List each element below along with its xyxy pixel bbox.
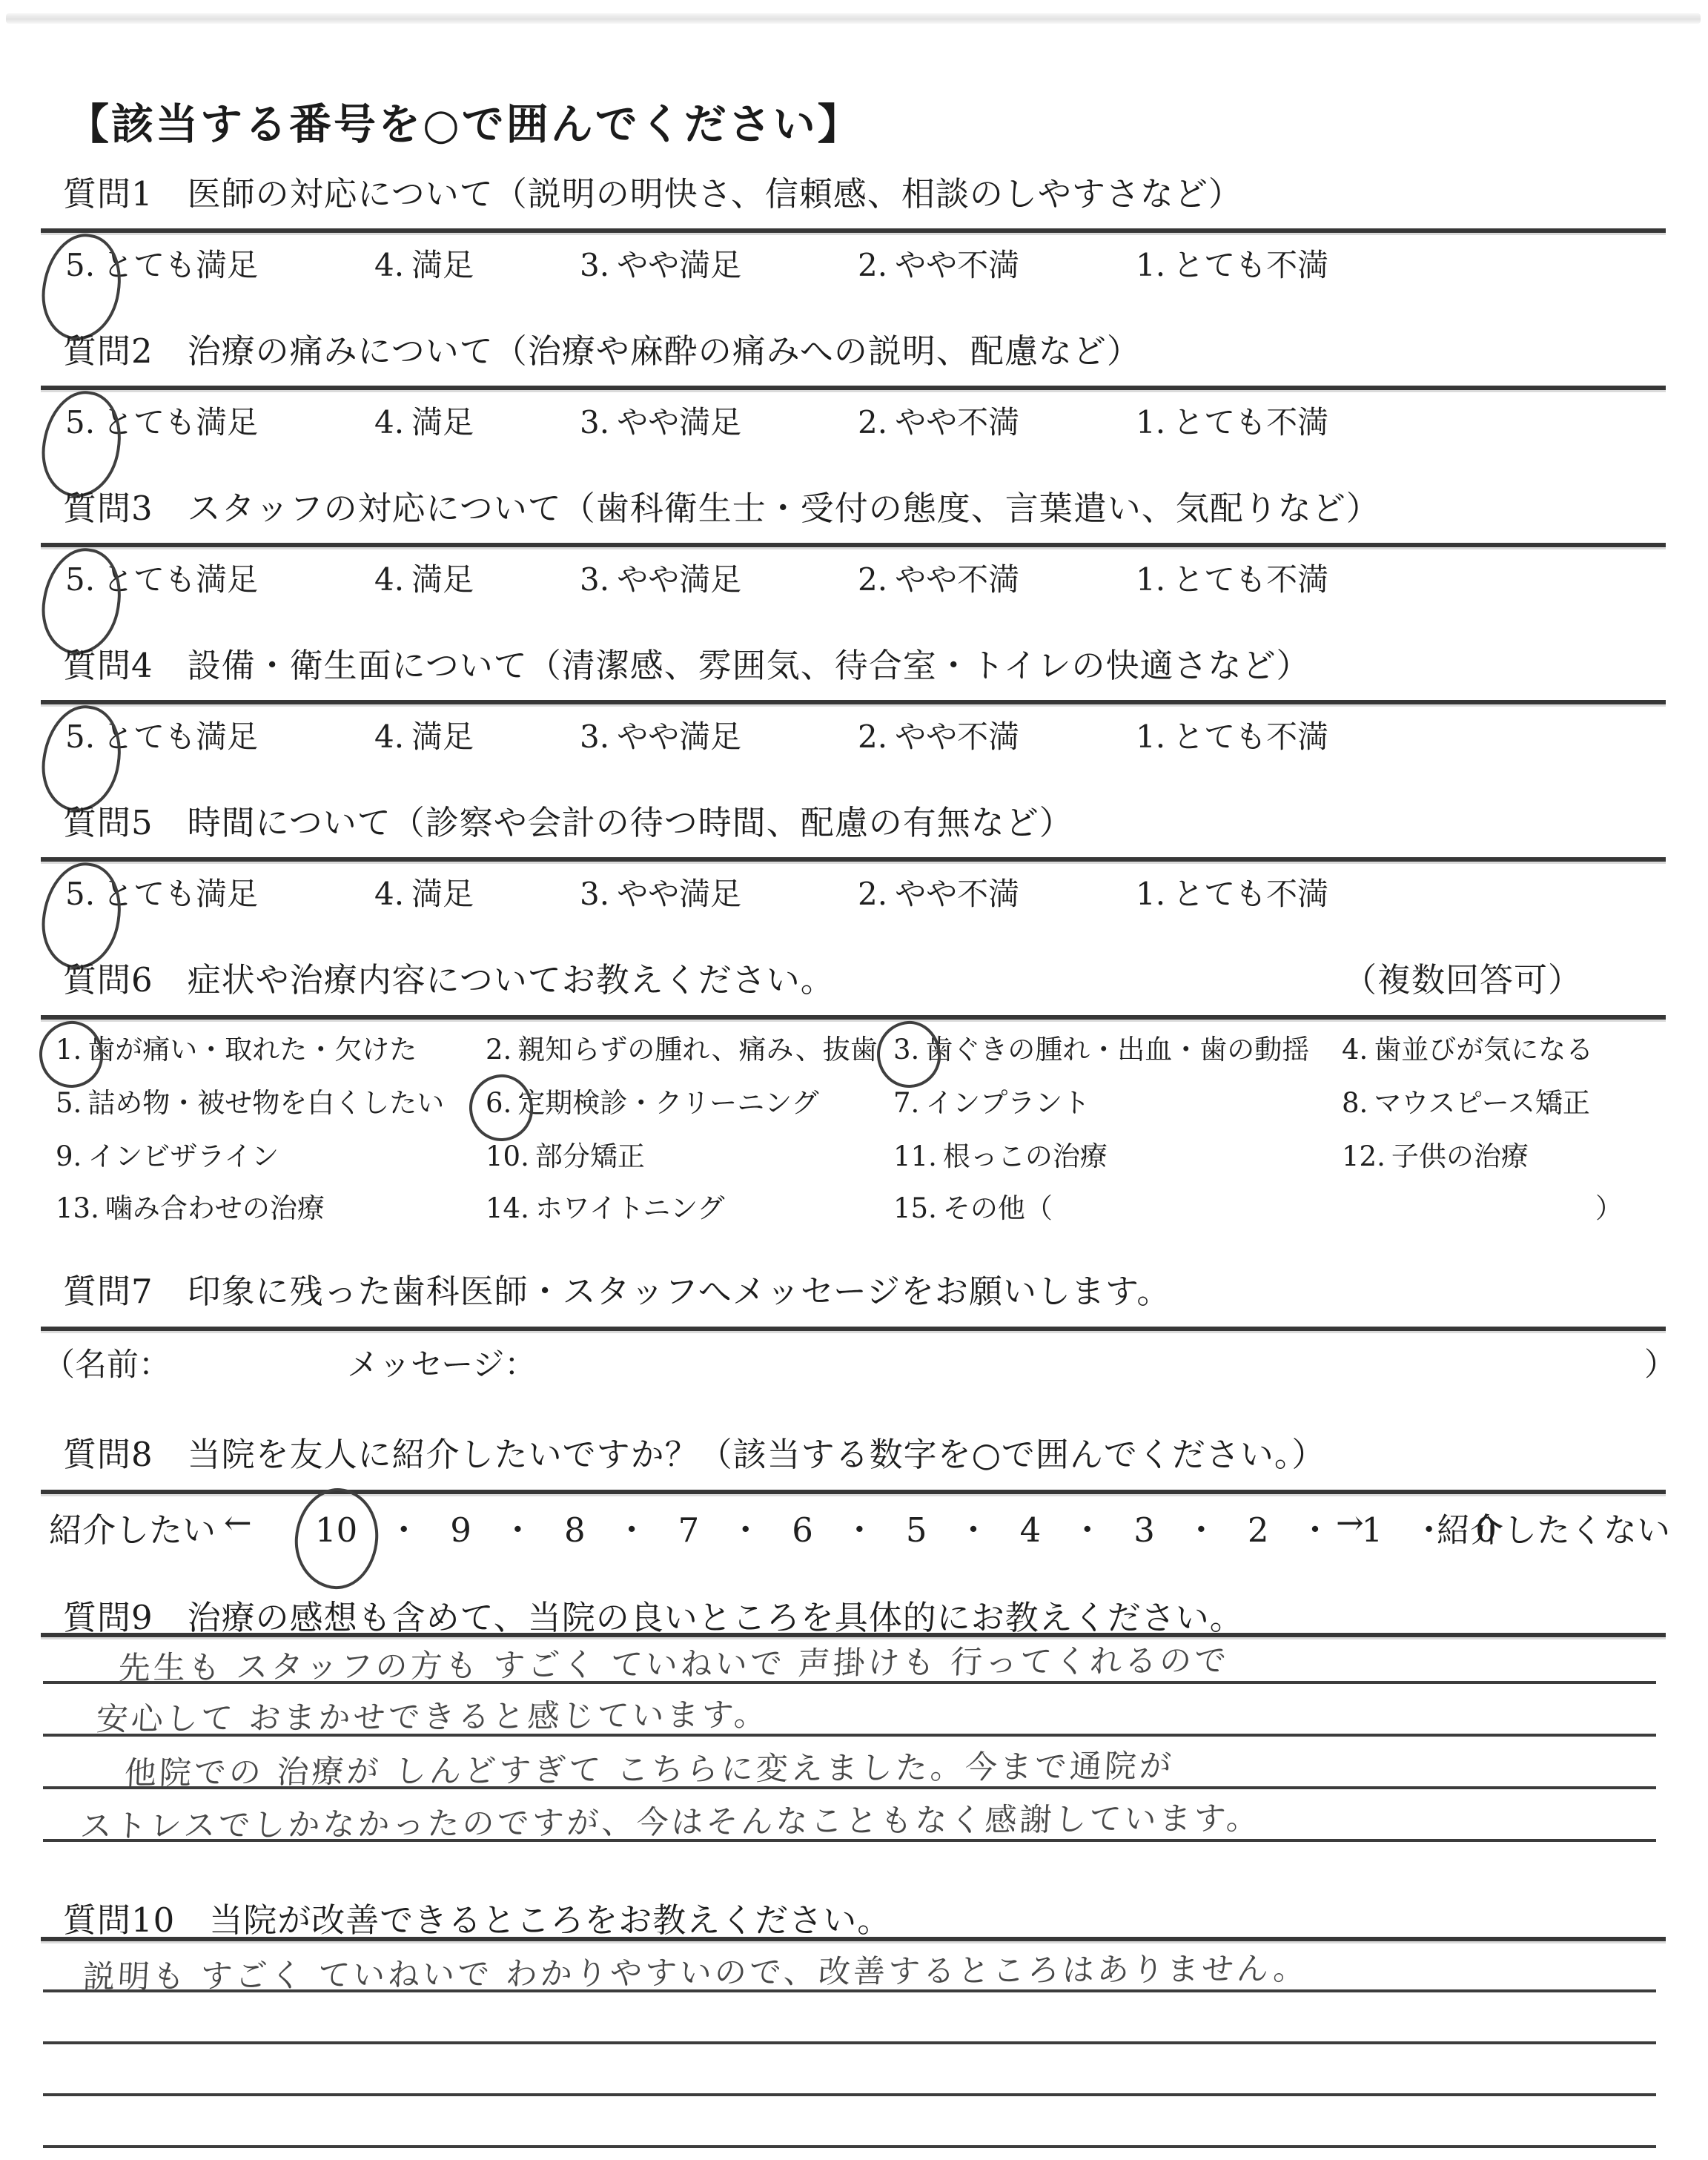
answer-writing-line xyxy=(43,2093,1656,2096)
nps-number: 5 xyxy=(906,1510,927,1550)
symptom-item: 1.歯が痛い・取れた・欠けた xyxy=(56,1027,417,1067)
nps-selected-number-circle: 10 xyxy=(315,1510,357,1550)
option-number: 2. xyxy=(858,404,887,440)
option-number: 4. xyxy=(374,247,404,283)
selected-item-number-circle: 1. xyxy=(56,1034,82,1066)
rating-option: 2.やや不満 xyxy=(858,713,1019,757)
rating-option: 1.とても不満 xyxy=(1136,241,1328,285)
rating-option: 1.とても不満 xyxy=(1136,398,1328,443)
question-title: 質問1 医師の対応について（説明の明快さ、信頼感、相談のしやすさなど） xyxy=(63,167,1242,215)
closing-paren: ） xyxy=(1644,1340,1676,1385)
handwritten-answer-line: 説明も すごく ていねいで わかりやすいので、改善するところはありません。 xyxy=(82,1943,1309,1998)
item-number: 2. xyxy=(486,1034,512,1066)
symptom-item: 15.その他（ xyxy=(893,1186,1053,1226)
rating-option: 4.満足 xyxy=(374,713,474,757)
rating-options-row: 5.とても満足4.満足3.やや満足2.やや不満1.とても不満 xyxy=(0,713,1708,764)
option-label: やや不満 xyxy=(895,719,1019,755)
page-title: 【該当する番号を○で囲んでください】 xyxy=(67,90,862,151)
item-label: 部分矯正 xyxy=(535,1140,645,1172)
item-label: 噛み合わせの治療 xyxy=(105,1192,325,1224)
rating-option: 2.やや不満 xyxy=(858,555,1019,600)
left-arrow-icon: ← xyxy=(224,1503,252,1542)
handwritten-answer-line: 先生も スタッフの方も すごく ていねいで 声掛けも 行ってくれるので xyxy=(118,1636,1231,1688)
nps-number: 8 xyxy=(564,1510,586,1550)
nps-number: 2 xyxy=(1248,1510,1269,1550)
question-title: 質問3 スタッフの対応について（歯科衛生士・受付の態度、言葉遣い、気配りなど） xyxy=(63,481,1380,529)
option-label: 満足 xyxy=(411,247,474,283)
rating-option: 4.満足 xyxy=(374,555,474,600)
item-label: インプラント xyxy=(925,1087,1090,1119)
rating-options-row: 5.とても満足4.満足3.やや満足2.やや不満1.とても不満 xyxy=(0,241,1708,293)
section-rule xyxy=(41,1327,1666,1331)
option-number: 4. xyxy=(374,719,404,755)
option-number: 1. xyxy=(1136,561,1165,598)
option-label: 満足 xyxy=(411,561,474,598)
symptom-item: 13.噛み合わせの治療 xyxy=(56,1186,325,1226)
rating-option: 2.やや不満 xyxy=(858,398,1019,443)
option-number: 2. xyxy=(858,876,887,912)
right-arrow-icon: → xyxy=(1336,1503,1364,1542)
item-label: 歯が痛い・取れた・欠けた xyxy=(87,1034,417,1066)
symptom-item: 12.子供の治療 xyxy=(1342,1134,1529,1174)
section-rule xyxy=(41,386,1666,390)
symptom-item: 11.根っこの治療 xyxy=(893,1134,1108,1174)
multiple-answers-note: （複数回答可） xyxy=(1343,953,1582,1001)
item-label: インビザライン xyxy=(87,1140,279,1172)
rating-option: 2.やや不満 xyxy=(858,241,1019,285)
option-label: とても不満 xyxy=(1173,876,1328,912)
option-number: 3. xyxy=(580,719,609,755)
question-title: 質問7 印象に残った歯科医師・スタッフへメッセージをお願いします。 xyxy=(63,1264,1171,1312)
option-number: 3. xyxy=(580,247,609,283)
section-rule xyxy=(41,228,1666,233)
item-number: 10. xyxy=(486,1140,529,1172)
nps-dot-separator: ・ xyxy=(387,1503,420,1551)
rating-option: 2.やや不満 xyxy=(858,870,1019,914)
answer-writing-line xyxy=(43,2145,1656,2148)
symptom-item: 5.詰め物・被せ物を白くしたい xyxy=(56,1080,444,1120)
rating-option: 4.満足 xyxy=(374,398,474,443)
scanned-survey-page: 【該当する番号を○で囲んでください】 質問1 医師の対応について（説明の明快さ、… xyxy=(0,0,1708,2160)
symptom-item: 4.歯並びが気になる xyxy=(1342,1027,1593,1067)
option-number: 3. xyxy=(580,404,609,440)
option-label: とても満足 xyxy=(102,876,258,912)
handwritten-answer-line: 他院での 治療が しんどすぎて こちらに変えました。今まで通院が xyxy=(124,1741,1176,1794)
item-label: 根っこの治療 xyxy=(943,1140,1108,1172)
rating-options-row: 5.とても満足4.満足3.やや満足2.やや不満1.とても不満 xyxy=(0,870,1708,922)
option-label: やや不満 xyxy=(895,247,1019,283)
option-label: とても不満 xyxy=(1173,719,1328,755)
rating-option: 3.やや満足 xyxy=(580,241,741,285)
rating-option: 3.やや満足 xyxy=(580,713,741,757)
rating-options-row: 5.とても満足4.満足3.やや満足2.やや不満1.とても不満 xyxy=(0,398,1708,450)
item-label: ホワイトニング xyxy=(535,1192,725,1224)
option-number: 1. xyxy=(1136,247,1165,283)
option-label: やや満足 xyxy=(617,404,741,440)
option-label: 満足 xyxy=(411,404,474,440)
answer-writing-line xyxy=(43,2041,1656,2044)
question-title: 質問6 症状や治療内容についてお教えください。 xyxy=(63,953,835,1001)
nps-number: 9 xyxy=(450,1510,471,1550)
option-label: やや満足 xyxy=(617,561,741,598)
question-title: 質問10 当院が改善できるところをお教えください。 xyxy=(63,1893,891,1941)
option-number: 4. xyxy=(374,876,404,912)
rating-options-row: 5.とても満足4.満足3.やや満足2.やや不満1.とても不満 xyxy=(0,555,1708,607)
rating-option: 3.やや満足 xyxy=(580,870,741,914)
rating-option: 1.とても不満 xyxy=(1136,555,1328,600)
symptom-item: 2.親知らずの腫れ、痛み、抜歯 xyxy=(486,1027,878,1067)
item-number: 14. xyxy=(486,1192,529,1224)
item-number: 4. xyxy=(1342,1034,1368,1066)
rating-option: 4.満足 xyxy=(374,870,474,914)
symptom-item: 8.マウスピース矯正 xyxy=(1342,1080,1590,1120)
scan-artifact-band xyxy=(6,13,1701,24)
nps-left-label: 紹介したい xyxy=(49,1503,216,1551)
question-title: 質問9 治療の感想も含めて、当院の良いところを具体的にお教えください。 xyxy=(63,1591,1244,1639)
option-number: 4. xyxy=(374,404,404,440)
option-label: やや不満 xyxy=(895,404,1019,440)
section-rule xyxy=(41,700,1666,704)
rating-option: 5.とても満足 xyxy=(65,870,258,914)
item-label: 親知らずの腫れ、痛み、抜歯 xyxy=(517,1034,877,1066)
option-label: とても不満 xyxy=(1173,247,1328,283)
symptom-item: 7.インプラント xyxy=(893,1080,1090,1120)
rating-option: 1.とても不満 xyxy=(1136,713,1328,757)
symptom-item: 3.歯ぐきの腫れ・出血・歯の動揺 xyxy=(893,1027,1309,1067)
nps-dot-separator: ・ xyxy=(1070,1503,1104,1551)
rating-option: 3.やや満足 xyxy=(580,555,741,600)
selected-option-number-circle: 5. xyxy=(65,876,95,912)
nps-dot-separator: ・ xyxy=(501,1503,534,1551)
section-rule xyxy=(41,1015,1666,1020)
section-rule xyxy=(41,1490,1666,1494)
item-label: 歯ぐきの腫れ・出血・歯の動揺 xyxy=(925,1034,1309,1066)
item-number: 11. xyxy=(893,1140,937,1172)
nps-dot-separator: ・ xyxy=(957,1503,990,1551)
option-label: とても不満 xyxy=(1173,561,1328,598)
item-label: 歯並びが気になる xyxy=(1374,1034,1593,1066)
item-number: 8. xyxy=(1342,1087,1368,1119)
rating-option: 5.とても満足 xyxy=(65,398,258,443)
section-rule xyxy=(41,1633,1666,1637)
option-label: やや不満 xyxy=(895,876,1019,912)
symptom-item: 14.ホワイトニング xyxy=(486,1186,725,1226)
question-title: 質問4 設備・衛生面について（清潔感、雰囲気、待合室・トイレの快適さなど） xyxy=(63,638,1310,687)
nps-number: 3 xyxy=(1133,1510,1155,1550)
item-label: 定期検診・クリーニング xyxy=(517,1087,818,1119)
message-field-label: メッセージ： xyxy=(347,1340,536,1385)
rating-option: 5.とても満足 xyxy=(65,241,258,285)
option-label: 満足 xyxy=(411,876,474,912)
rating-option: 5.とても満足 xyxy=(65,555,258,600)
nps-number-scale: 10・9・8・7・6・5・4・3・2・1・0 xyxy=(315,1503,1497,1551)
item-number: 9. xyxy=(56,1140,82,1172)
option-label: とても満足 xyxy=(102,561,258,598)
option-number: 2. xyxy=(858,561,887,598)
section-rule xyxy=(41,857,1666,862)
option-label: とても満足 xyxy=(102,404,258,440)
rating-option: 3.やや満足 xyxy=(580,398,741,443)
nps-number: 6 xyxy=(792,1510,813,1550)
nps-number: 1 xyxy=(1362,1510,1383,1550)
symptom-item: 6.定期検診・クリーニング xyxy=(486,1080,819,1120)
selected-item-number-circle: 3. xyxy=(893,1034,919,1066)
option-label: とても満足 xyxy=(102,719,258,755)
option-label: とても不満 xyxy=(1173,404,1328,440)
selected-option-number-circle: 5. xyxy=(65,247,95,283)
option-number: 2. xyxy=(858,719,887,755)
nps-dot-separator: ・ xyxy=(615,1503,649,1551)
nps-dot-separator: ・ xyxy=(843,1503,876,1551)
item-number: 12. xyxy=(1342,1140,1386,1172)
handwritten-answer-line: ストレスでしかなかったのですが、今はそんなこともなく感謝しています。 xyxy=(79,1793,1262,1846)
item-number: 7. xyxy=(893,1087,919,1119)
question-title: 質問2 治療の痛みについて（治療や麻酔の痛みへの説明、配慮など） xyxy=(63,324,1141,372)
option-number: 3. xyxy=(580,561,609,598)
nps-dot-separator: ・ xyxy=(1185,1503,1218,1551)
option-label: とても満足 xyxy=(102,247,258,283)
nps-dot-separator: ・ xyxy=(1299,1503,1332,1551)
question-title: 質問8 当院を友人に紹介したいですか？（該当する数字を○で囲んでください。） xyxy=(63,1427,1325,1476)
nps-right-label: 紹介したくない xyxy=(1437,1503,1670,1551)
option-number: 3. xyxy=(580,876,609,912)
option-label: やや満足 xyxy=(617,247,741,283)
nps-dot-separator: ・ xyxy=(729,1503,762,1551)
other-closing-paren: ） xyxy=(1595,1186,1623,1226)
option-label: やや不満 xyxy=(895,561,1019,598)
item-number: 15. xyxy=(893,1192,937,1224)
section-rule xyxy=(41,543,1666,547)
item-number: 5. xyxy=(56,1087,82,1119)
item-label: その他（ xyxy=(943,1192,1053,1224)
symptom-item: 10.部分矯正 xyxy=(486,1134,645,1174)
section-rule xyxy=(41,1937,1666,1941)
selected-option-number-circle: 5. xyxy=(65,719,95,755)
selected-option-number-circle: 5. xyxy=(65,404,95,440)
option-number: 1. xyxy=(1136,404,1165,440)
rating-option: 1.とても不満 xyxy=(1136,870,1328,914)
selected-option-number-circle: 5. xyxy=(65,561,95,598)
option-label: 満足 xyxy=(411,719,474,755)
option-number: 4. xyxy=(374,561,404,598)
option-label: やや満足 xyxy=(617,876,741,912)
option-number: 1. xyxy=(1136,719,1165,755)
nps-number: 4 xyxy=(1020,1510,1042,1550)
selected-item-number-circle: 6. xyxy=(486,1087,512,1119)
rating-option: 4.満足 xyxy=(374,241,474,285)
handwritten-answer-line: 安心して おまかせできると感じています。 xyxy=(96,1690,770,1740)
name-field-label: （名前： xyxy=(43,1340,171,1385)
option-label: やや満足 xyxy=(617,719,741,755)
item-label: 子供の治療 xyxy=(1391,1140,1529,1172)
item-number: 13. xyxy=(56,1192,99,1224)
item-label: マウスピース矯正 xyxy=(1374,1087,1590,1119)
rating-option: 5.とても満足 xyxy=(65,713,258,757)
nps-number: 7 xyxy=(678,1510,700,1550)
question-title: 質問5 時間について（診察や会計の待つ時間、配慮の有無など） xyxy=(63,796,1073,844)
item-label: 詰め物・被せ物を白くしたい xyxy=(87,1087,444,1119)
option-number: 2. xyxy=(858,247,887,283)
option-number: 1. xyxy=(1136,876,1165,912)
symptom-item: 9.インビザライン xyxy=(56,1134,279,1174)
